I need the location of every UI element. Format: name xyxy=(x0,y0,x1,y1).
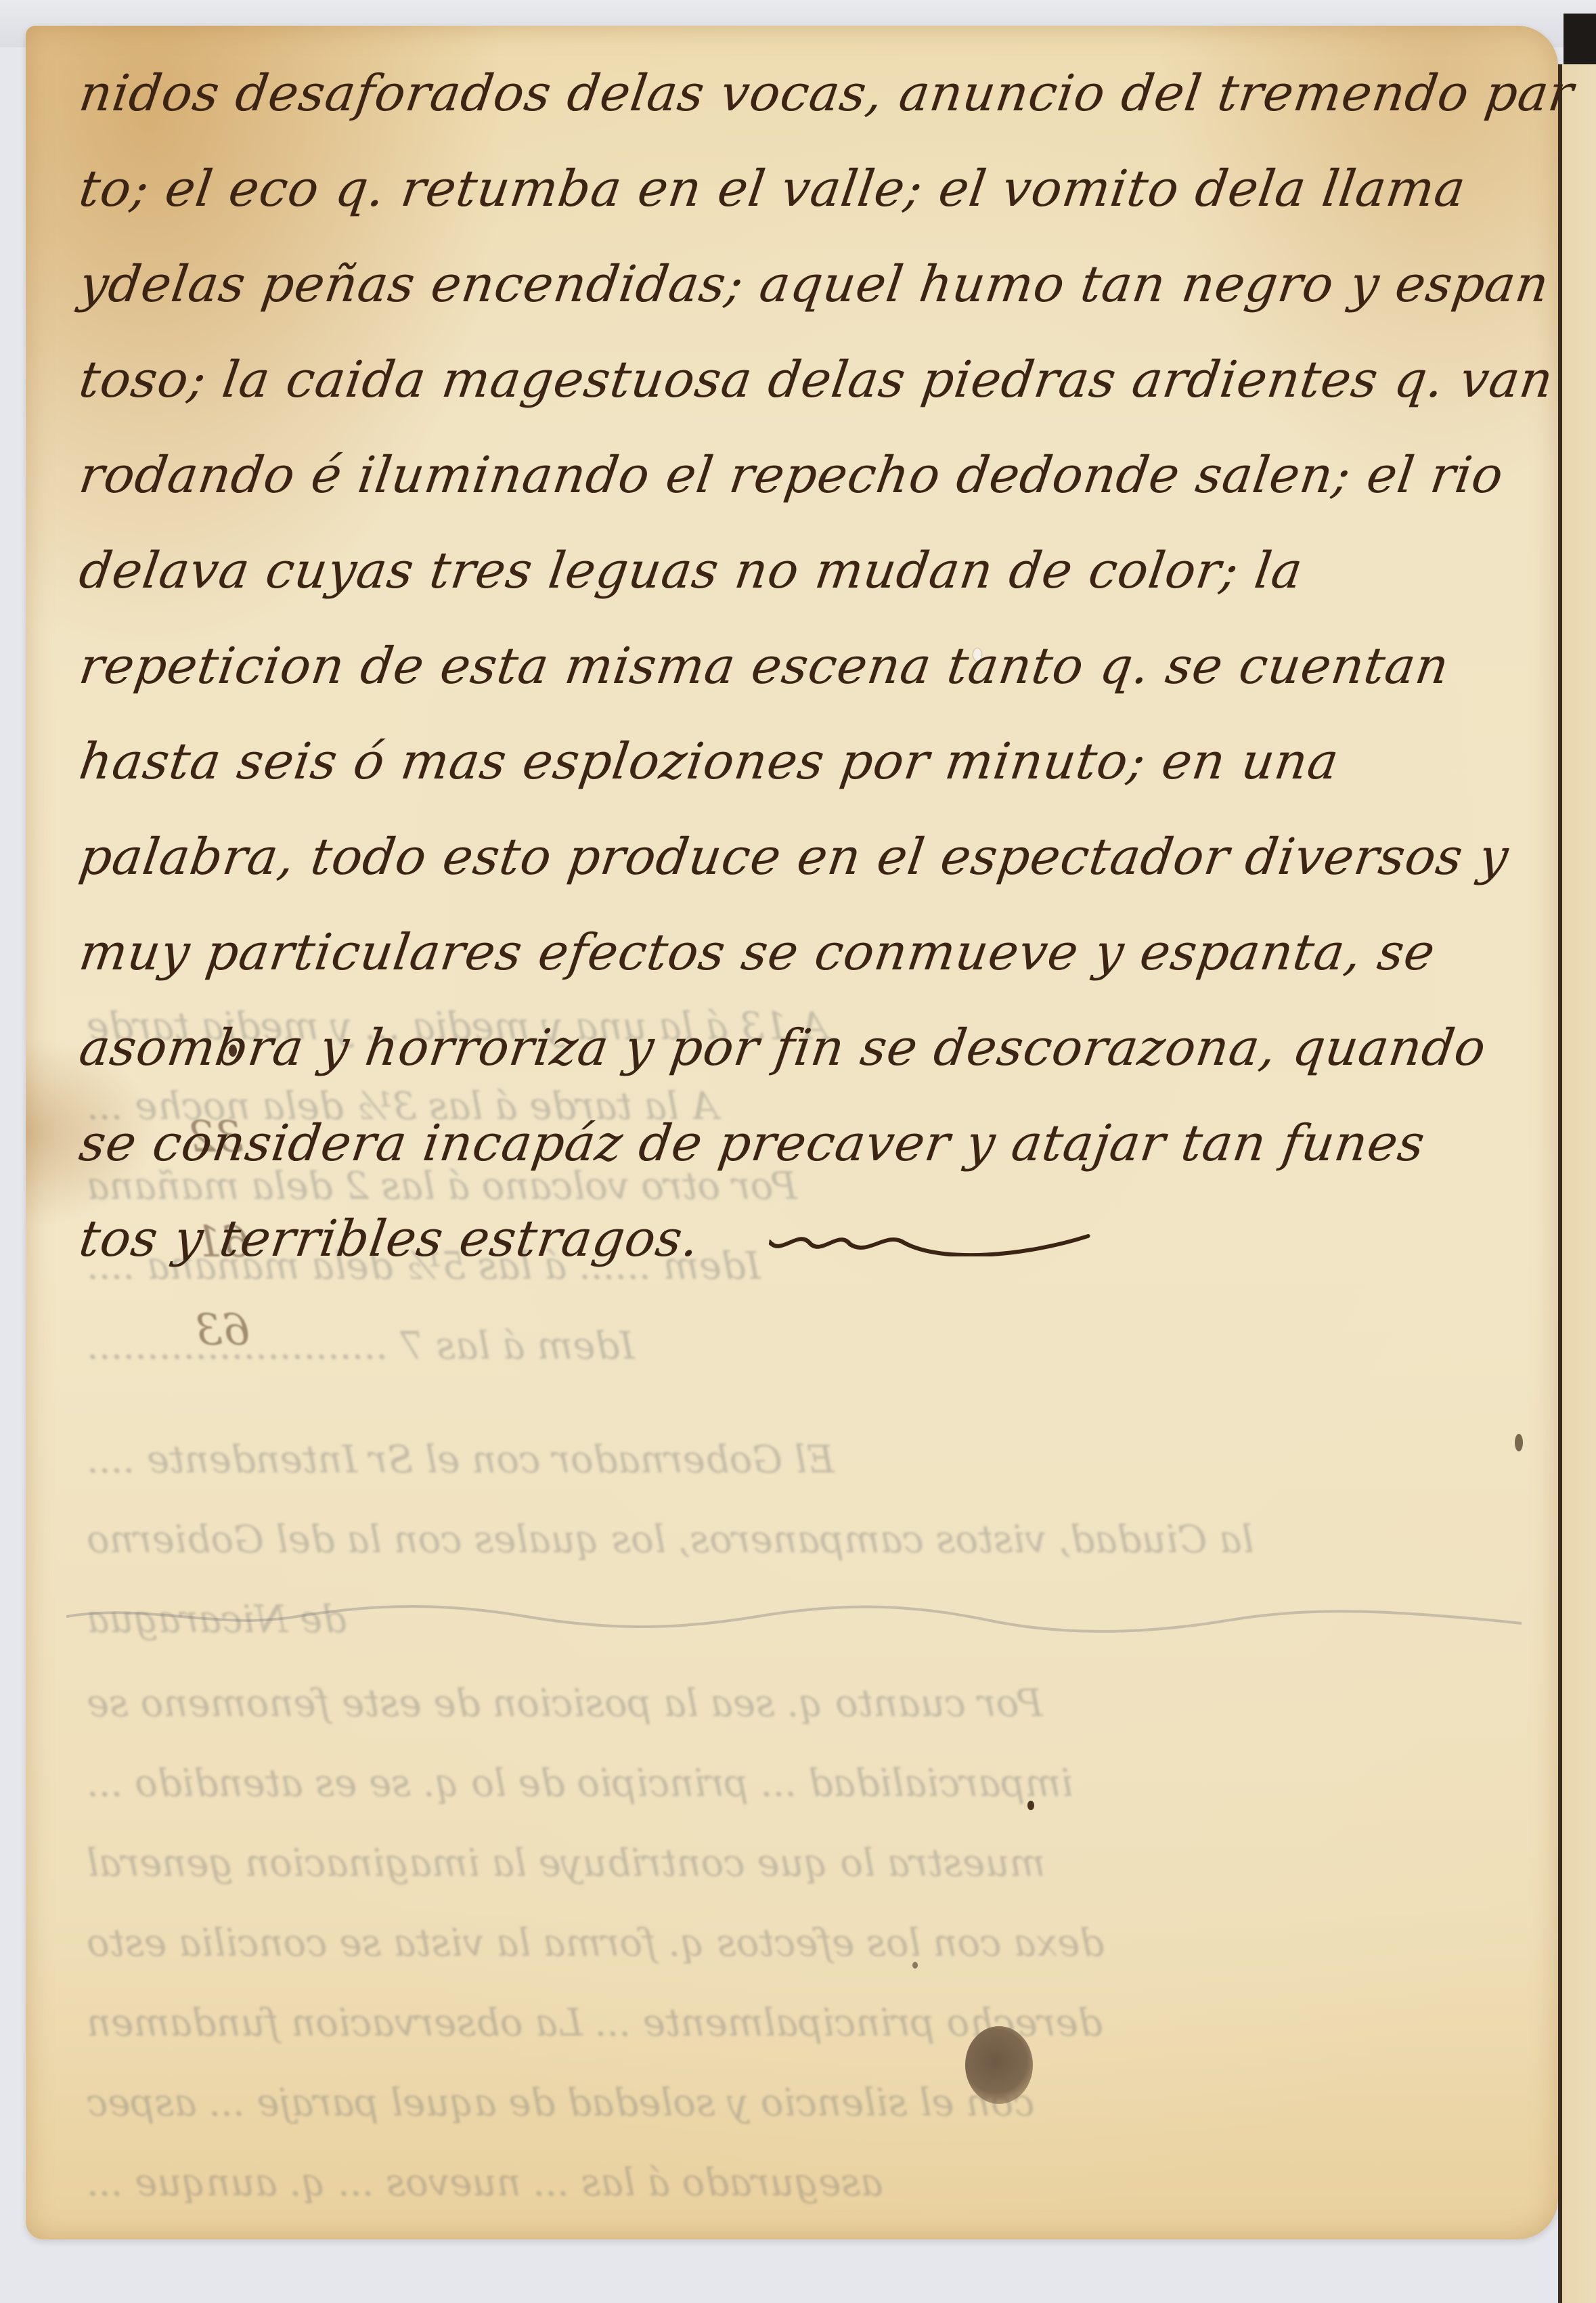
manuscript-page: A 13 á la una y media ... y media tarde … xyxy=(26,26,1558,2239)
bleed-through-lower: Por cuanto q. sea la posicion de este fe… xyxy=(87,1664,1542,2223)
bleed-line: la Ciudad, vistos campaneros, los quales… xyxy=(87,1500,1542,1580)
text-line: repeticion de esta misma escena tanto q.… xyxy=(73,619,1576,714)
text-line: hasta seis ó mas esploziones por minuto;… xyxy=(73,714,1576,810)
bleed-line: derecho principalmente ... La observacio… xyxy=(87,1983,1542,2063)
bleed-line: asegurado á las ... nuevos ... q. aunque… xyxy=(87,2143,1542,2223)
ink-speck xyxy=(912,1962,918,1969)
text-line: asombra y horroriza y por fin se descora… xyxy=(73,1001,1576,1096)
ink-speck xyxy=(229,1045,237,1057)
text-line: to; el eco q. retumba en el valle; el vo… xyxy=(73,141,1576,237)
bleed-line: Idem á las 7 ......................... xyxy=(87,1307,1542,1386)
wavy-divider-bleed xyxy=(66,1596,1522,1644)
ink-speck xyxy=(1027,1801,1034,1810)
paper-wormhole xyxy=(973,649,981,661)
bleed-line xyxy=(87,1386,1542,1420)
bleed-line: con el silencio y soledad de aquel paraj… xyxy=(87,2063,1542,2143)
text-line: se considera incapáz de precaver y ataja… xyxy=(73,1096,1576,1191)
text-line: rodando é iluminando el repecho dedonde … xyxy=(73,428,1576,523)
bleed-line: muestra lo que contribuye la imaginacion… xyxy=(87,1824,1542,1904)
manuscript-text: nidos desaforados delas vocas, anuncio d… xyxy=(73,46,1562,1287)
text-line-final-text: tos y terribles estragos. xyxy=(76,1210,703,1268)
text-line: delava cuyas tres leguas no mudan de col… xyxy=(73,523,1576,619)
bleed-line: Por cuanto q. sea la posicion de este fe… xyxy=(87,1664,1542,1744)
margin-number: 63 xyxy=(195,1305,250,1355)
ink-speck xyxy=(1515,1434,1523,1451)
text-line: nidos desaforados delas vocas, anuncio d… xyxy=(73,46,1576,141)
ink-stain xyxy=(965,2026,1033,2104)
text-line: muy particulares efectos se conmueve y e… xyxy=(73,905,1576,1001)
closing-flourish-icon xyxy=(768,1229,1151,1256)
text-line: palabra, todo esto produce en el especta… xyxy=(73,810,1576,905)
text-line: ydelas peñas encendidas; aquel humo tan … xyxy=(73,237,1576,332)
text-line-final: tos y terribles estragos. xyxy=(73,1191,1576,1287)
bleed-line: dexa con los efectos q. forma la vista s… xyxy=(87,1904,1542,1983)
bleed-line: imparcialidad ... principio de lo q. se … xyxy=(87,1744,1542,1824)
text-line: toso; la caida magestuosa delas piedras … xyxy=(73,332,1576,428)
bleed-line: El Gobernador con el Sr Intendente .... xyxy=(87,1420,1542,1500)
